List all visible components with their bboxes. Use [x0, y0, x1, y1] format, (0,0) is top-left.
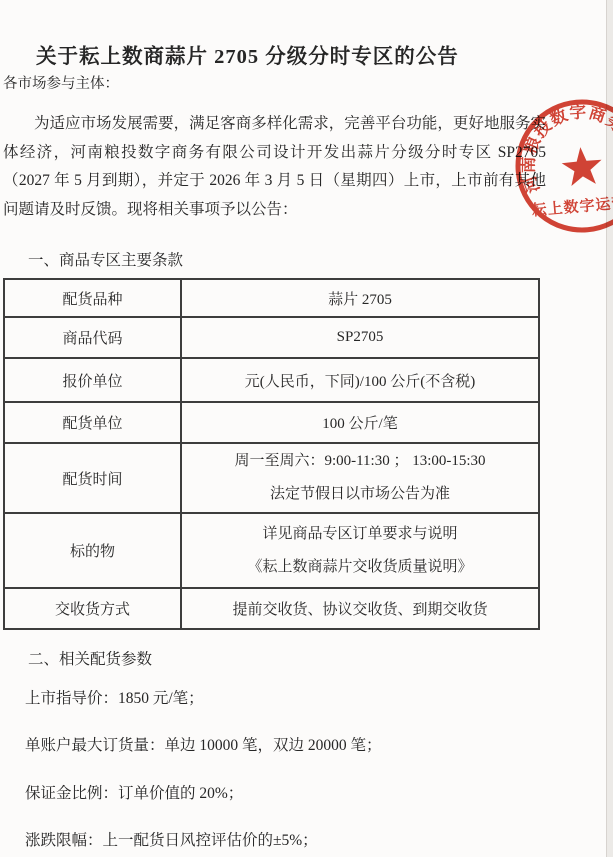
row-label: 配货单位 — [4, 402, 181, 443]
row-value: 100 公斤/笔 — [181, 402, 539, 443]
page-title: 关于耘上数商蒜片 2705 分级分时专区的公告 — [36, 39, 459, 69]
row-value-line: 周一至周六：9:00-11:30 ； 13:00-15:30 — [188, 445, 532, 478]
table-row: 配货时间 周一至周六：9:00-11:30 ； 13:00-15:30 法定节假… — [4, 443, 539, 513]
row-value-line: 法定节假日以市场公告为准 — [188, 478, 532, 511]
scan-edge — [606, 0, 613, 857]
table-row: 商品代码 SP2705 — [4, 317, 539, 358]
row-label: 交收货方式 — [4, 588, 181, 629]
section1-heading: 一、商品专区主要条款 — [28, 248, 183, 270]
row-label: 标的物 — [4, 513, 181, 588]
row-value: 蒜片 2705 — [181, 279, 539, 317]
param-margin-ratio: 保证金比例：订单价值的 20%； — [25, 781, 243, 803]
row-value-line: 详见商品专区订单要求与说明 — [188, 518, 532, 551]
row-value-line: 《耘上数商蒜片交收货质量说明》 — [188, 551, 532, 584]
row-value: 详见商品专区订单要求与说明 《耘上数商蒜片交收货质量说明》 — [181, 513, 539, 588]
row-label: 配货品种 — [4, 279, 181, 317]
row-label: 配货时间 — [4, 443, 181, 513]
param-max-order: 单账户最大订货量：单边 10000 笔，双边 20000 笔； — [25, 733, 382, 755]
stamp-star-icon — [560, 145, 603, 186]
terms-table: 配货品种 蒜片 2705 商品代码 SP2705 报价单位 元(人民币，下同)/… — [3, 278, 540, 630]
table-row: 标的物 详见商品专区订单要求与说明 《耘上数商蒜片交收货质量说明》 — [4, 513, 539, 588]
table-row: 报价单位 元(人民币，下同)/100 公斤(不含税) — [4, 358, 539, 402]
document-page: 关于耘上数商蒜片 2705 分级分时专区的公告 各市场参与主体： 为适应市场发展… — [0, 0, 613, 857]
table-row: 配货品种 蒜片 2705 — [4, 279, 539, 317]
param-price-limit: 涨跌限幅：上一配货日风控评估价的±5%； — [25, 828, 318, 850]
row-value: SP2705 — [181, 317, 539, 358]
row-label: 商品代码 — [4, 317, 181, 358]
row-value: 元(人民币，下同)/100 公斤(不含税) — [181, 358, 539, 402]
row-value: 周一至周六：9:00-11:30 ； 13:00-15:30 法定节假日以市场公… — [181, 443, 539, 513]
intro-paragraph: 为适应市场发展需要，满足客商多样化需求，完善平台功能，更好地服务实体经济，河南粮… — [3, 110, 546, 224]
section2-heading: 二、相关配货参数 — [28, 647, 152, 669]
table-row: 交收货方式 提前交收货、协议交收货、到期交收货 — [4, 588, 539, 629]
row-value: 提前交收货、协议交收货、到期交收货 — [181, 588, 539, 629]
param-guide-price: 上市指导价：1850 元/笔； — [25, 686, 204, 708]
table-row: 配货单位 100 公斤/笔 — [4, 402, 539, 443]
row-label: 报价单位 — [4, 358, 181, 402]
salutation: 各市场参与主体： — [3, 72, 119, 93]
